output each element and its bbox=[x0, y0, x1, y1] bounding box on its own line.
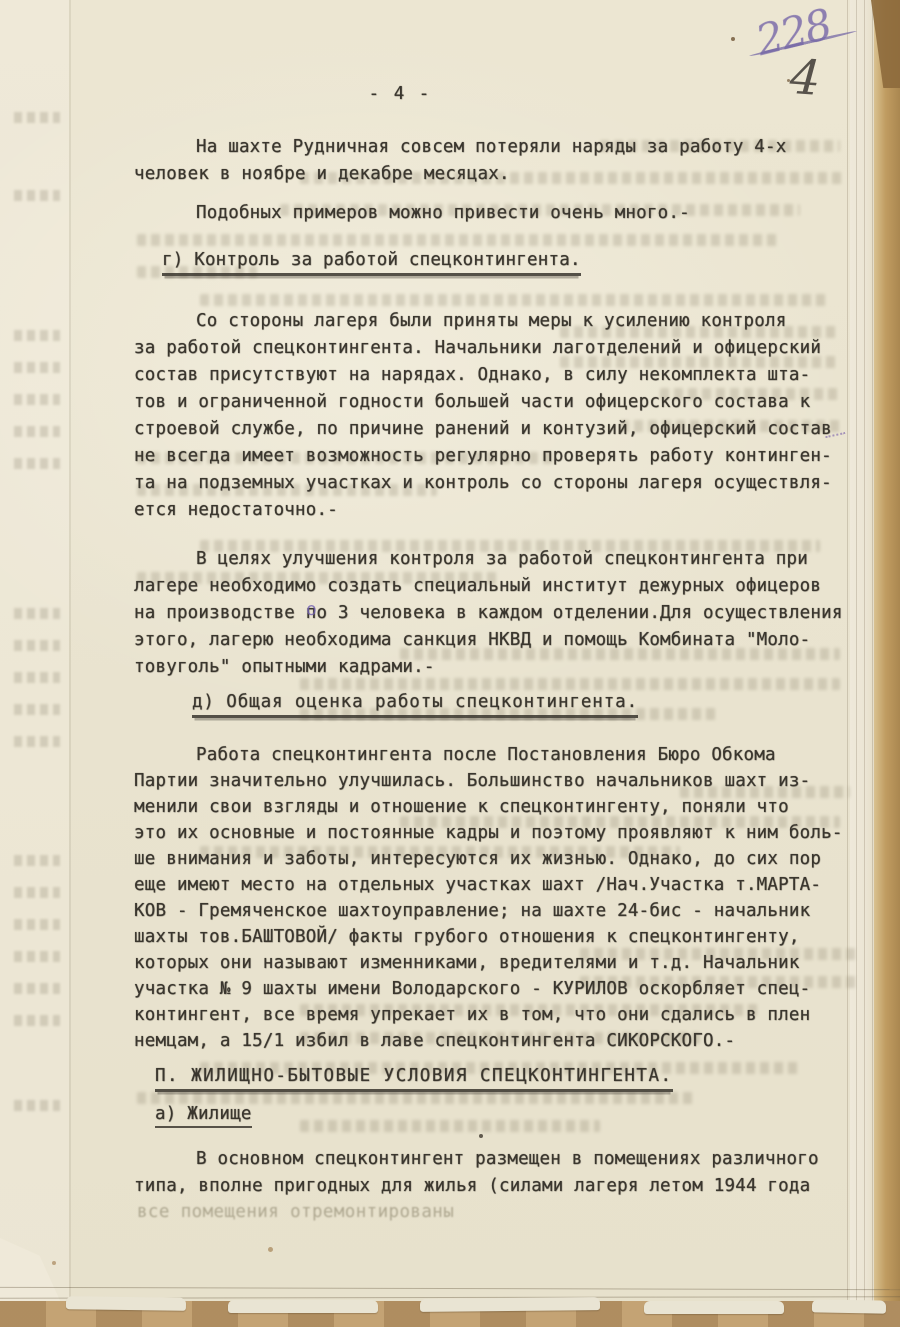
handwritten-typo-correction: о bbox=[306, 599, 317, 620]
bleedthrough-smudge bbox=[14, 704, 60, 715]
bleedthrough-smudge bbox=[14, 190, 60, 201]
paper-scrap bbox=[66, 1296, 186, 1311]
paper-speck bbox=[52, 1261, 56, 1265]
section-heading-d: д) Общая оценка работы спецконтингента. bbox=[192, 692, 638, 718]
bleedthrough-smudge bbox=[14, 394, 60, 405]
typed-page-number: - 4 - bbox=[340, 84, 460, 104]
bleedthrough-text-line: все помещения отремонтированы bbox=[137, 1202, 454, 1222]
sheet-edge-line bbox=[872, 0, 873, 1327]
bleedthrough-smudge bbox=[14, 672, 60, 683]
subsection-heading-a: а) Жилище bbox=[155, 1104, 252, 1128]
paper-speck bbox=[479, 1134, 483, 1138]
bleedthrough-smudge bbox=[137, 1092, 697, 1104]
bleedthrough-smudge bbox=[14, 330, 60, 341]
bleedthrough-smudge bbox=[14, 362, 60, 373]
paper-speck bbox=[731, 37, 735, 41]
paragraph: Подобных примеров можно привести очень м… bbox=[134, 200, 850, 227]
left-fold-line bbox=[69, 0, 71, 1327]
paper-scrap bbox=[420, 1297, 600, 1312]
bleedthrough-smudge bbox=[14, 983, 60, 994]
bleedthrough-smudge bbox=[14, 736, 60, 747]
bleedthrough-smudge bbox=[14, 1100, 60, 1111]
paper-speck bbox=[268, 1247, 273, 1252]
section-heading-housing: П. ЖИЛИЩНО-БЫТОВЫЕ УСЛОВИЯ СПЕЦКОНТИНГЕН… bbox=[155, 1066, 673, 1092]
bleedthrough-smudge bbox=[137, 234, 777, 246]
paper-crease bbox=[0, 1287, 900, 1290]
bleedthrough-smudge bbox=[14, 640, 60, 651]
paper-scrap bbox=[228, 1300, 378, 1313]
bleedthrough-smudge bbox=[14, 458, 60, 469]
paragraph: В целях улучшения контроля за работой сп… bbox=[134, 546, 850, 681]
bleedthrough-smudge bbox=[14, 112, 60, 123]
bleedthrough-smudge bbox=[14, 919, 60, 930]
paper-scrap bbox=[812, 1299, 886, 1313]
bleedthrough-smudge bbox=[14, 426, 60, 437]
section-heading-g: г) Контроль за работой спецконтингента. bbox=[162, 250, 581, 276]
bleedthrough-smudge bbox=[200, 294, 830, 306]
paper-speck bbox=[787, 79, 790, 82]
sheet-edge-line bbox=[864, 0, 865, 1327]
bleedthrough-smudge bbox=[14, 951, 60, 962]
document-scan: - 4 - 228 4 На шахте Рудничная совсем по… bbox=[0, 0, 900, 1327]
paragraph: На шахте Рудничная совсем потеряли наряд… bbox=[134, 134, 850, 188]
sheet-edge-line bbox=[856, 0, 857, 1327]
handwritten-page-number: 4 bbox=[788, 49, 822, 107]
bleedthrough-smudge bbox=[300, 1120, 600, 1132]
paper-scrap bbox=[644, 1301, 784, 1314]
paragraph: В основном спецконтингент размещен в пом… bbox=[134, 1146, 850, 1200]
bleedthrough-smudge bbox=[14, 608, 60, 619]
binding-edge bbox=[874, 0, 900, 1327]
paragraph: Работа спецконтингента после Постановлен… bbox=[134, 742, 850, 1054]
bleedthrough-smudge bbox=[14, 855, 60, 866]
bleedthrough-smudge bbox=[14, 1015, 60, 1026]
paragraph: Со стороны лагеря были приняты меры к ус… bbox=[134, 308, 850, 524]
bleedthrough-smudge bbox=[14, 887, 60, 898]
